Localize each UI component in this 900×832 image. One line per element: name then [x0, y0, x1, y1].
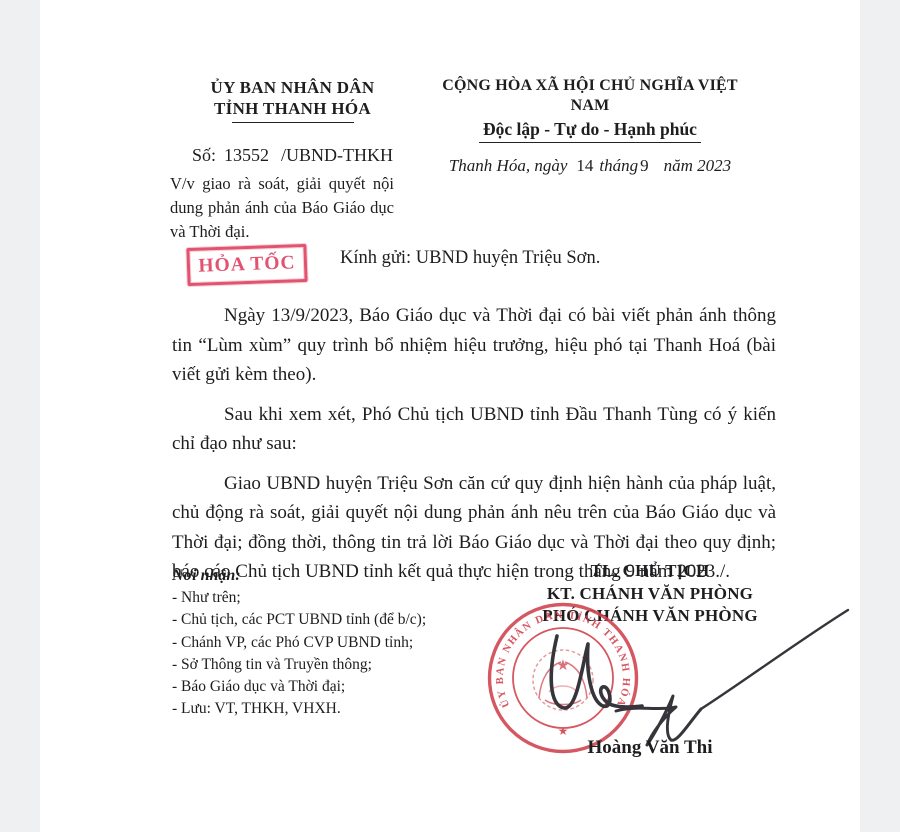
national-header: CỘNG HÒA XÃ HỘI CHỦ NGHĨA VIỆT NAM Độc l…	[425, 76, 755, 176]
place-date-line: Thanh Hóa, ngày14tháng9năm 2023	[425, 156, 755, 176]
noi-nhan-title: Nơi nhận:	[172, 564, 502, 587]
issuer-underline	[232, 122, 354, 123]
issuer-header: ỦY BAN NHÂN DÂN TỈNH THANH HÓA Số:13552/…	[160, 78, 425, 244]
noi-nhan-item: - Như trên;	[172, 587, 502, 609]
noi-nhan-item: - Báo Giáo dục và Thời đại;	[172, 676, 502, 698]
noi-nhan-item: - Chủ tịch, các PCT UBND tỉnh (để b/c);	[172, 609, 502, 631]
signing-title-1: TL. CHỦ TỊCH	[500, 560, 800, 583]
issuer-name: ỦY BAN NHÂN DÂN	[160, 78, 425, 98]
noi-nhan-item: - Lưu: VT, THKH, VHXH.	[172, 698, 502, 720]
dateline-year: năm 2023	[664, 156, 732, 175]
dateline-month: 9	[640, 156, 649, 175]
national-motto-line2: Độc lập - Tự do - Hạnh phúc	[479, 118, 701, 143]
document-number-line: Số:13552/UBND-THKH	[160, 145, 425, 166]
noi-nhan-item: - Sở Thông tin và Truyền thông;	[172, 654, 502, 676]
document-number-code: /UBND-THKH	[281, 145, 393, 165]
dateline-month-label: tháng	[599, 156, 638, 175]
document-subject: V/v giao rà soát, giải quyết nội dung ph…	[170, 172, 394, 244]
noi-nhan-item: - Chánh VP, các Phó CVP UBND tỉnh;	[172, 632, 502, 654]
body-paragraph-2: Sau khi xem xét, Phó Chủ tịch UBND tỉnh …	[172, 400, 776, 459]
document-page: ỦY BAN NHÂN DÂN TỈNH THANH HÓA Số:13552/…	[40, 0, 860, 832]
document-number-label: Số:	[192, 145, 216, 165]
national-motto-line1: CỘNG HÒA XÃ HỘI CHỦ NGHĨA VIỆT NAM	[425, 76, 755, 116]
issuer-province: TỈNH THANH HÓA	[160, 98, 425, 119]
hoa-toc-priority-stamp: HỎA TỐC	[186, 244, 307, 286]
document-number-value: 13552	[224, 145, 269, 165]
signer-name: Hoàng Văn Thi	[500, 737, 800, 759]
screenshot-root: { "palette": { "gutter": "#eff0f1", "pap…	[0, 0, 900, 832]
body-paragraph-1: Ngày 13/9/2023, Báo Giáo dục và Thời đại…	[172, 301, 776, 390]
recipient-line: Kính gửi: UBND huyện Triệu Sơn.	[340, 248, 600, 269]
document-body: Ngày 13/9/2023, Báo Giáo dục và Thời đại…	[172, 301, 776, 597]
noi-nhan-block: Nơi nhận: - Như trên; - Chủ tịch, các PC…	[172, 564, 502, 721]
dateline-day: 14	[576, 156, 593, 175]
dateline-place: Thanh Hóa, ngày	[449, 156, 568, 175]
hoa-toc-stamp-label: HỎA TỐC	[198, 252, 296, 277]
